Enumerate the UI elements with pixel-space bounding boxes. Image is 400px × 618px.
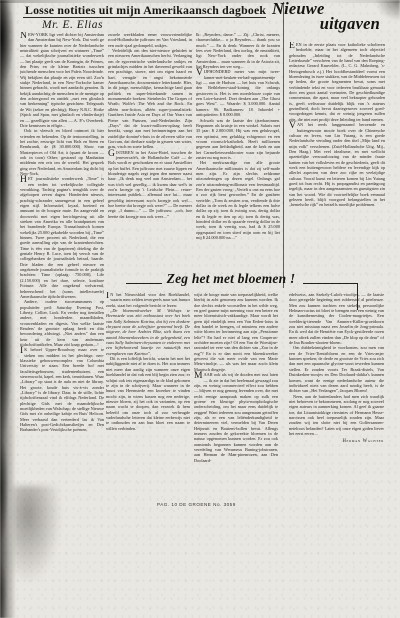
paragraph: edelweiss, aan Szekely-Lulofs-viooltjes,… bbox=[289, 292, 384, 345]
flowers-section-title: Zeg het met bloemen ! bbox=[161, 271, 301, 286]
drop-cap: G bbox=[108, 150, 116, 158]
new-publications-heading: Nieuwe uitgaven bbox=[272, 1, 384, 32]
diary-column-3: Ik: „Reynders, dame.” — Zij: „Christ, me… bbox=[196, 32, 280, 281]
paragraph: VAN het reeds langgenaamd beroemde en bu… bbox=[289, 122, 385, 208]
flowers-column-2: wijst de hooge mate van toepasselijkheid… bbox=[194, 292, 278, 498]
article-headline: Losse notities uit mijn Amerikaansch dag… bbox=[25, 4, 270, 17]
diary-column-2: zwoele weekbladen eener vrouwvriendelijk… bbox=[108, 32, 192, 282]
paragraph: GISTEREN in het Astor-Hotel, tusschen de… bbox=[108, 150, 192, 219]
flowers-column-3: edelweiss, aan Szekely-Lulofs-viooltjes,… bbox=[289, 292, 384, 498]
paragraph: Ik: „Reynders, dame.” — Zij: „Christ, me… bbox=[196, 32, 280, 69]
new-publications-heading-line2: uitgaven bbox=[272, 16, 384, 32]
drop-cap: V bbox=[289, 122, 297, 130]
diary-column-1: NEW-YORK ligt veel dichter bij Amsterdam… bbox=[20, 32, 104, 498]
paragraph: Ook in vleesch en bloed ontmoet ik hier … bbox=[20, 128, 104, 176]
drop-cap: H bbox=[20, 176, 28, 184]
scan-bottom-smudge bbox=[13, 486, 63, 586]
paragraph: IN het Nieuwsblad voor den Boekhandel, w… bbox=[106, 292, 190, 308]
flowers-header-rule-right bbox=[303, 283, 358, 284]
paragraph: Dit is een loffelijk bericht, waarin het… bbox=[106, 356, 190, 431]
paragraph: NEW-YORK ligt veel dichter bij Amsterdam… bbox=[20, 32, 104, 128]
column-divider-rule bbox=[283, 2, 284, 288]
paragraph: MAAR ook als wij de dooden met rust late… bbox=[194, 372, 278, 463]
scan-binding-shadow bbox=[0, 0, 16, 618]
paragraph: wijst de hooge mate van toepasselijkheid… bbox=[194, 292, 278, 372]
page-footer: PAG. 10 DE GROENE No. 3059 bbox=[157, 502, 236, 507]
paragraph: Neen, aan de buitenlanders had men zich … bbox=[289, 394, 384, 437]
paragraph: zwoele weekbladen eener vrouwvriendelijk… bbox=[108, 32, 192, 48]
paragraph: Om dubbelzinnigheid te voorkomen, zou me… bbox=[289, 345, 384, 393]
author-signature: Herman Wachter bbox=[289, 439, 384, 444]
paragraph: Andere, oudere succesnummers op populair… bbox=[20, 299, 104, 347]
new-publications-column: EEN in de eerste plaats voor katholieke … bbox=[289, 42, 385, 280]
paragraph: Verleidelijk om den niet-nieuwe geluiden… bbox=[108, 48, 192, 150]
quoted-paragraph: „De bloemenkweeker M. Velthuys te Heemst… bbox=[106, 308, 190, 356]
drop-cap: N bbox=[20, 32, 28, 40]
paragraph: VIJFHONDERD meter van mijn twee-kamer-me… bbox=[196, 69, 280, 117]
paragraph: HET journalistieke wonderwerk „Time” is … bbox=[20, 176, 104, 299]
paragraph: IK behoef Upper-Broadway maar over te st… bbox=[20, 347, 104, 433]
flowers-header-dash-left bbox=[126, 283, 162, 284]
newspaper-page-scan: { "paper": { "footer": "PAG. 10 DE GROEN… bbox=[0, 0, 400, 618]
flowers-column-1: IN het Nieuwsblad voor den Boekhandel, w… bbox=[106, 292, 190, 498]
drop-cap: E bbox=[289, 42, 296, 50]
article-author: Mr. E. Elias bbox=[42, 19, 103, 31]
drop-cap: V bbox=[196, 69, 204, 77]
paragraph: Schwab was de laatste der ijzerbaronnen.… bbox=[196, 118, 280, 161]
paragraph: Het merkwaardige van alle groote Amerika… bbox=[196, 160, 280, 240]
paragraph: EEN in de eerste plaats voor katholieke … bbox=[289, 42, 385, 122]
drop-cap: M bbox=[194, 372, 204, 380]
